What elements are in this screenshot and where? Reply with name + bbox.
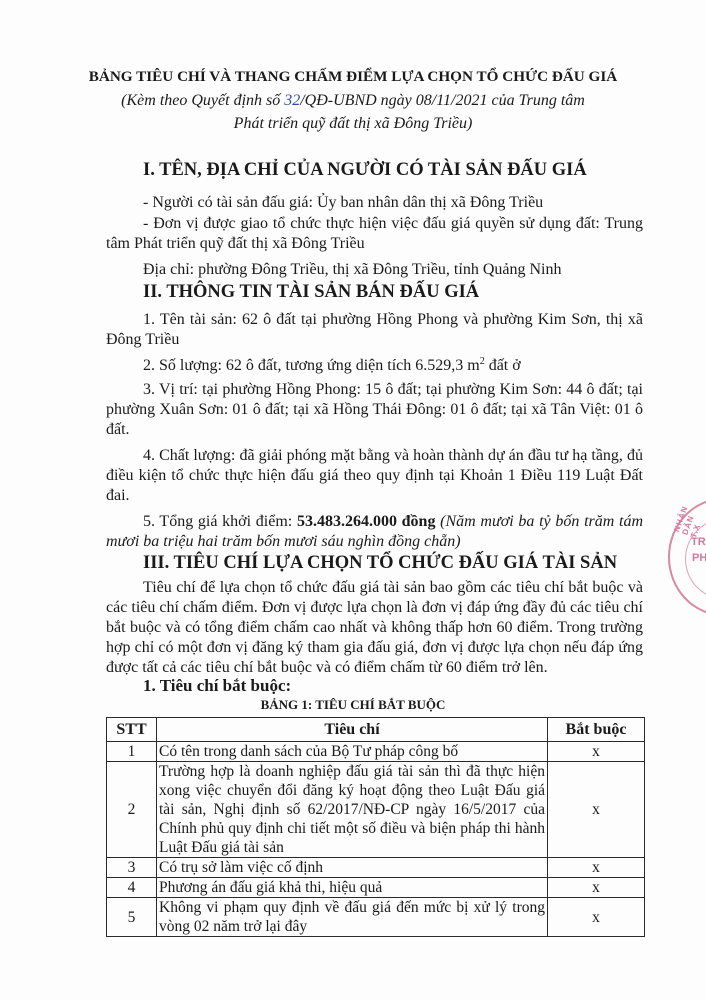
section2-item5: 5. Tổng giá khởi điểm: 53.483.264.000 đồ…: [106, 512, 643, 552]
section2-item3: 3. Vị trí: tại phường Hồng Phong: 15 ô đ…: [106, 380, 643, 440]
seal-inner-text-1: TR: [691, 536, 706, 548]
row-criterion: Có tên trong danh sách của Bộ Tư pháp cô…: [157, 742, 548, 762]
seal-inner-text-2: PH: [692, 552, 706, 564]
table-row: 4 Phương án đấu giá khả thi, hiệu quả x: [107, 878, 645, 898]
section3-subheading: 1. Tiêu chí bắt buộc:: [143, 676, 291, 696]
row-stt: 3: [107, 858, 157, 878]
row-stt: 2: [107, 762, 157, 858]
row-stt: 1: [107, 742, 157, 762]
document-page: BẢNG TIÊU CHÍ VÀ THANG CHẤM ĐIỂM LỰA CHỌ…: [0, 0, 706, 1000]
row-required: x: [548, 898, 645, 937]
row-criterion: Phương án đấu giá khả thi, hiệu quả: [157, 878, 548, 898]
row-criterion: Có trụ sở làm việc cố định: [157, 858, 548, 878]
section1-heading: I. TÊN, ĐỊA CHỈ CỦA NGƯỜI CÓ TÀI SẢN ĐẤU…: [143, 160, 587, 181]
row-required: x: [548, 858, 645, 878]
subtitle-prefix: (Kèm theo Quyết định số: [121, 92, 284, 109]
decision-number: 32: [284, 92, 300, 109]
table-row: 2 Trường hợp là doanh nghiệp đấu giá tài…: [107, 762, 645, 858]
header-required: Bắt buộc: [548, 718, 645, 742]
table1-caption: BẢNG 1: TIÊU CHÍ BẮT BUỘC: [0, 697, 706, 713]
document-subtitle: (Kèm theo Quyết định số 32/QĐ-UBND ngày …: [0, 92, 706, 110]
row-required: x: [548, 878, 645, 898]
header-stt: STT: [107, 718, 157, 742]
section2-item2: 2. Số lượng: 62 ô đất, tương ứng diện tí…: [143, 356, 521, 376]
row-stt: 5: [107, 898, 157, 937]
subtitle-suffix: /QĐ-UBND ngày 08/11/2021 của Trung tâm: [300, 92, 585, 109]
section1-unit: - Đơn vị được giao tổ chức thực hiện việ…: [106, 214, 643, 254]
document-subtitle-line2: Phát triển quỹ đất thị xã Đông Triều): [0, 115, 706, 133]
document-title: BẢNG TIÊU CHÍ VÀ THANG CHẤM ĐIỂM LỰA CHỌ…: [0, 68, 706, 86]
section2-item4: 4. Chất lượng: đã giải phóng mặt bằng và…: [106, 446, 643, 506]
row-criterion: Trường hợp là doanh nghiệp đấu giá tài s…: [157, 762, 548, 858]
section3-heading: III. TIÊU CHÍ LỰA CHỌN TỔ CHỨC ĐẤU GIÁ T…: [143, 553, 617, 574]
row-stt: 4: [107, 878, 157, 898]
section2-heading: II. THÔNG TIN TÀI SẢN BÁN ĐẤU GIÁ: [143, 282, 479, 303]
table-row: 1 Có tên trong danh sách của Bộ Tư pháp …: [107, 742, 645, 762]
table-row: 5 Không vi phạm quy định về đấu giá đến …: [107, 898, 645, 937]
starting-price: 53.483.264.000 đồng: [297, 513, 436, 530]
section3-intro: Tiêu chí để lựa chọn tổ chức đấu giá tài…: [106, 578, 643, 678]
section1-owner: - Người có tài sản đấu giá: Ủy ban nhân …: [143, 193, 543, 213]
section1-address: Địa chỉ: phường Đông Triều, thị xã Đông …: [143, 260, 561, 280]
table-row: 3 Có trụ sở làm việc cố định x: [107, 858, 645, 878]
row-required: x: [548, 742, 645, 762]
row-criterion: Không vi phạm quy định về đấu giá đến mứ…: [157, 898, 548, 937]
header-criterion: Tiêu chí: [157, 718, 548, 742]
table-header-row: STT Tiêu chí Bắt buộc: [107, 718, 645, 742]
row-required: x: [548, 762, 645, 858]
mandatory-criteria-table: STT Tiêu chí Bắt buộc 1 Có tên trong dan…: [106, 717, 645, 937]
section2-item1: 1. Tên tài sản: 62 ô đất tại phường Hồng…: [106, 310, 643, 350]
